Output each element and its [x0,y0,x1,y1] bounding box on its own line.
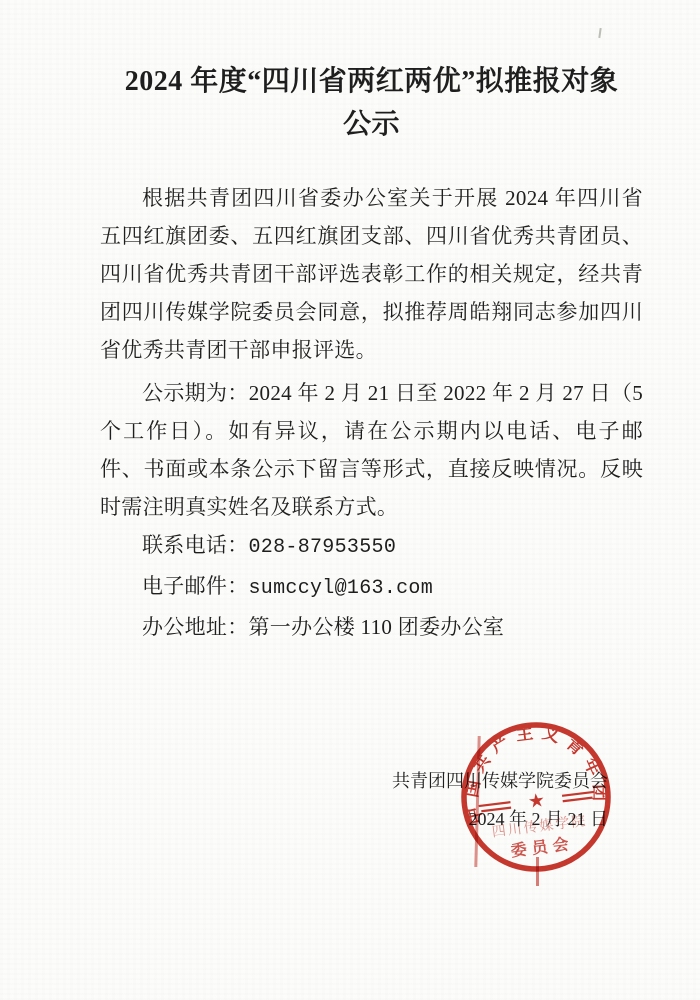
contact-address-line: 办公地址：第一办公楼 110 团委办公室 [100,608,643,646]
contact-address-label: 办公地址： [142,615,249,639]
contact-address-value: 第一办公楼 110 团委办公室 [249,615,505,639]
contact-phone-line: 联系电话：028-87953550 [100,526,643,567]
contact-phone-label: 联系电话： [142,533,249,557]
contact-email-label: 电子邮件： [142,574,249,598]
document-content: 2024 年度“四川省两红两优”拟推报对象 公示 根据共青团四川省委办公室关于开… [100,0,643,838]
seal-smudge-tick [536,857,539,886]
star-icon: ★ [527,790,546,813]
contact-email-line: 电子邮件：sumccyl@163.com [100,567,643,608]
title-line-2: 公示 [100,103,643,146]
seal-name-text: 四川传媒学院 [491,812,588,841]
title-line-1: 2024 年度“四川省两红两优”拟推报对象 [100,60,643,103]
seal-sub-text: 委员会 [510,834,575,861]
document-title: 2024 年度“四川省两红两优”拟推报对象 公示 [100,0,643,146]
paragraph-publicity-period: 公示期为：2024 年 2 月 21 日至 2022 年 2 月 27 日（5 … [100,374,643,526]
paragraph-recommendation: 根据共青团四川省委办公室关于开展 2024 年四川省五四红旗团委、五四红旗团支部… [100,179,643,369]
contact-phone-number: 028-87953550 [249,536,397,559]
scanned-document-page: 2024 年度“四川省两红两优”拟推报对象 公示 根据共青团四川省委办公室关于开… [0,0,700,1000]
contact-email-address: sumccyl@163.com [249,577,434,600]
